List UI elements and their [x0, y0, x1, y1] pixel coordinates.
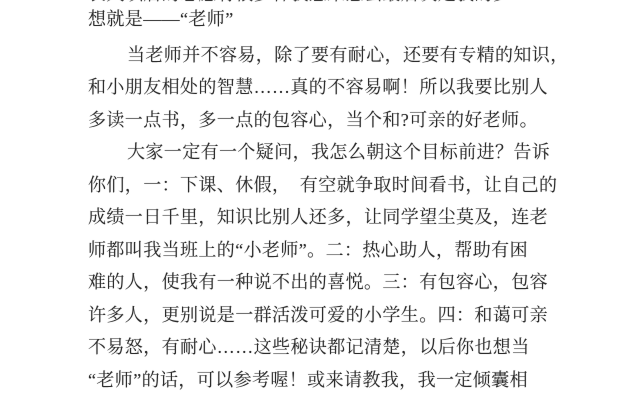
text-line: 难的人，使我有一种说不出的喜悦。三：有包容心，包容 — [88, 273, 548, 292]
text-line: 多读一点书，多一点的包容心，当个和?可亲的好老师。 — [88, 111, 538, 130]
text-line: 大家一定有一个疑问，我怎么朝这个目标前进？告诉 — [127, 143, 550, 162]
text-line: “老师”的话，可以参考喔！或来请教我，我一定倾囊相 — [88, 371, 528, 390]
text-line: 不易怒，有耐心……这些秘诀都记清楚，以后你也想当 — [88, 338, 530, 357]
text-line: 和小朋友相处的智慧……真的不容易啊！所以我要比别人 — [88, 78, 548, 97]
clipped-line-fragments: 长大以后的志愿有很多种我想来想去最后决定我的梦 — [88, 0, 511, 4]
text-line: 师都叫我当班上的“小老师”。二：热心助人，帮助有困 — [88, 241, 528, 260]
text-line: 成绩一日千里，知识比别人还多，让同学望尘莫及，连老 — [88, 208, 548, 227]
document-page: 长大以后的志愿有很多种我想来想去最后决定我的梦想就是——“老师”当老师并不容易，… — [0, 0, 640, 400]
text-line: 许多人，更别说是一群活泼可爱的小学生。四：和蔼可亲 — [88, 306, 548, 325]
text-line: 当老师并不容易，除了要有耐心，还要有专精的知识， — [127, 46, 569, 65]
text-line: 想就是——“老师” — [88, 10, 234, 29]
text-line: 你们，一：下课、休假， 有空就争取时间看书，让自己的 — [88, 176, 557, 195]
